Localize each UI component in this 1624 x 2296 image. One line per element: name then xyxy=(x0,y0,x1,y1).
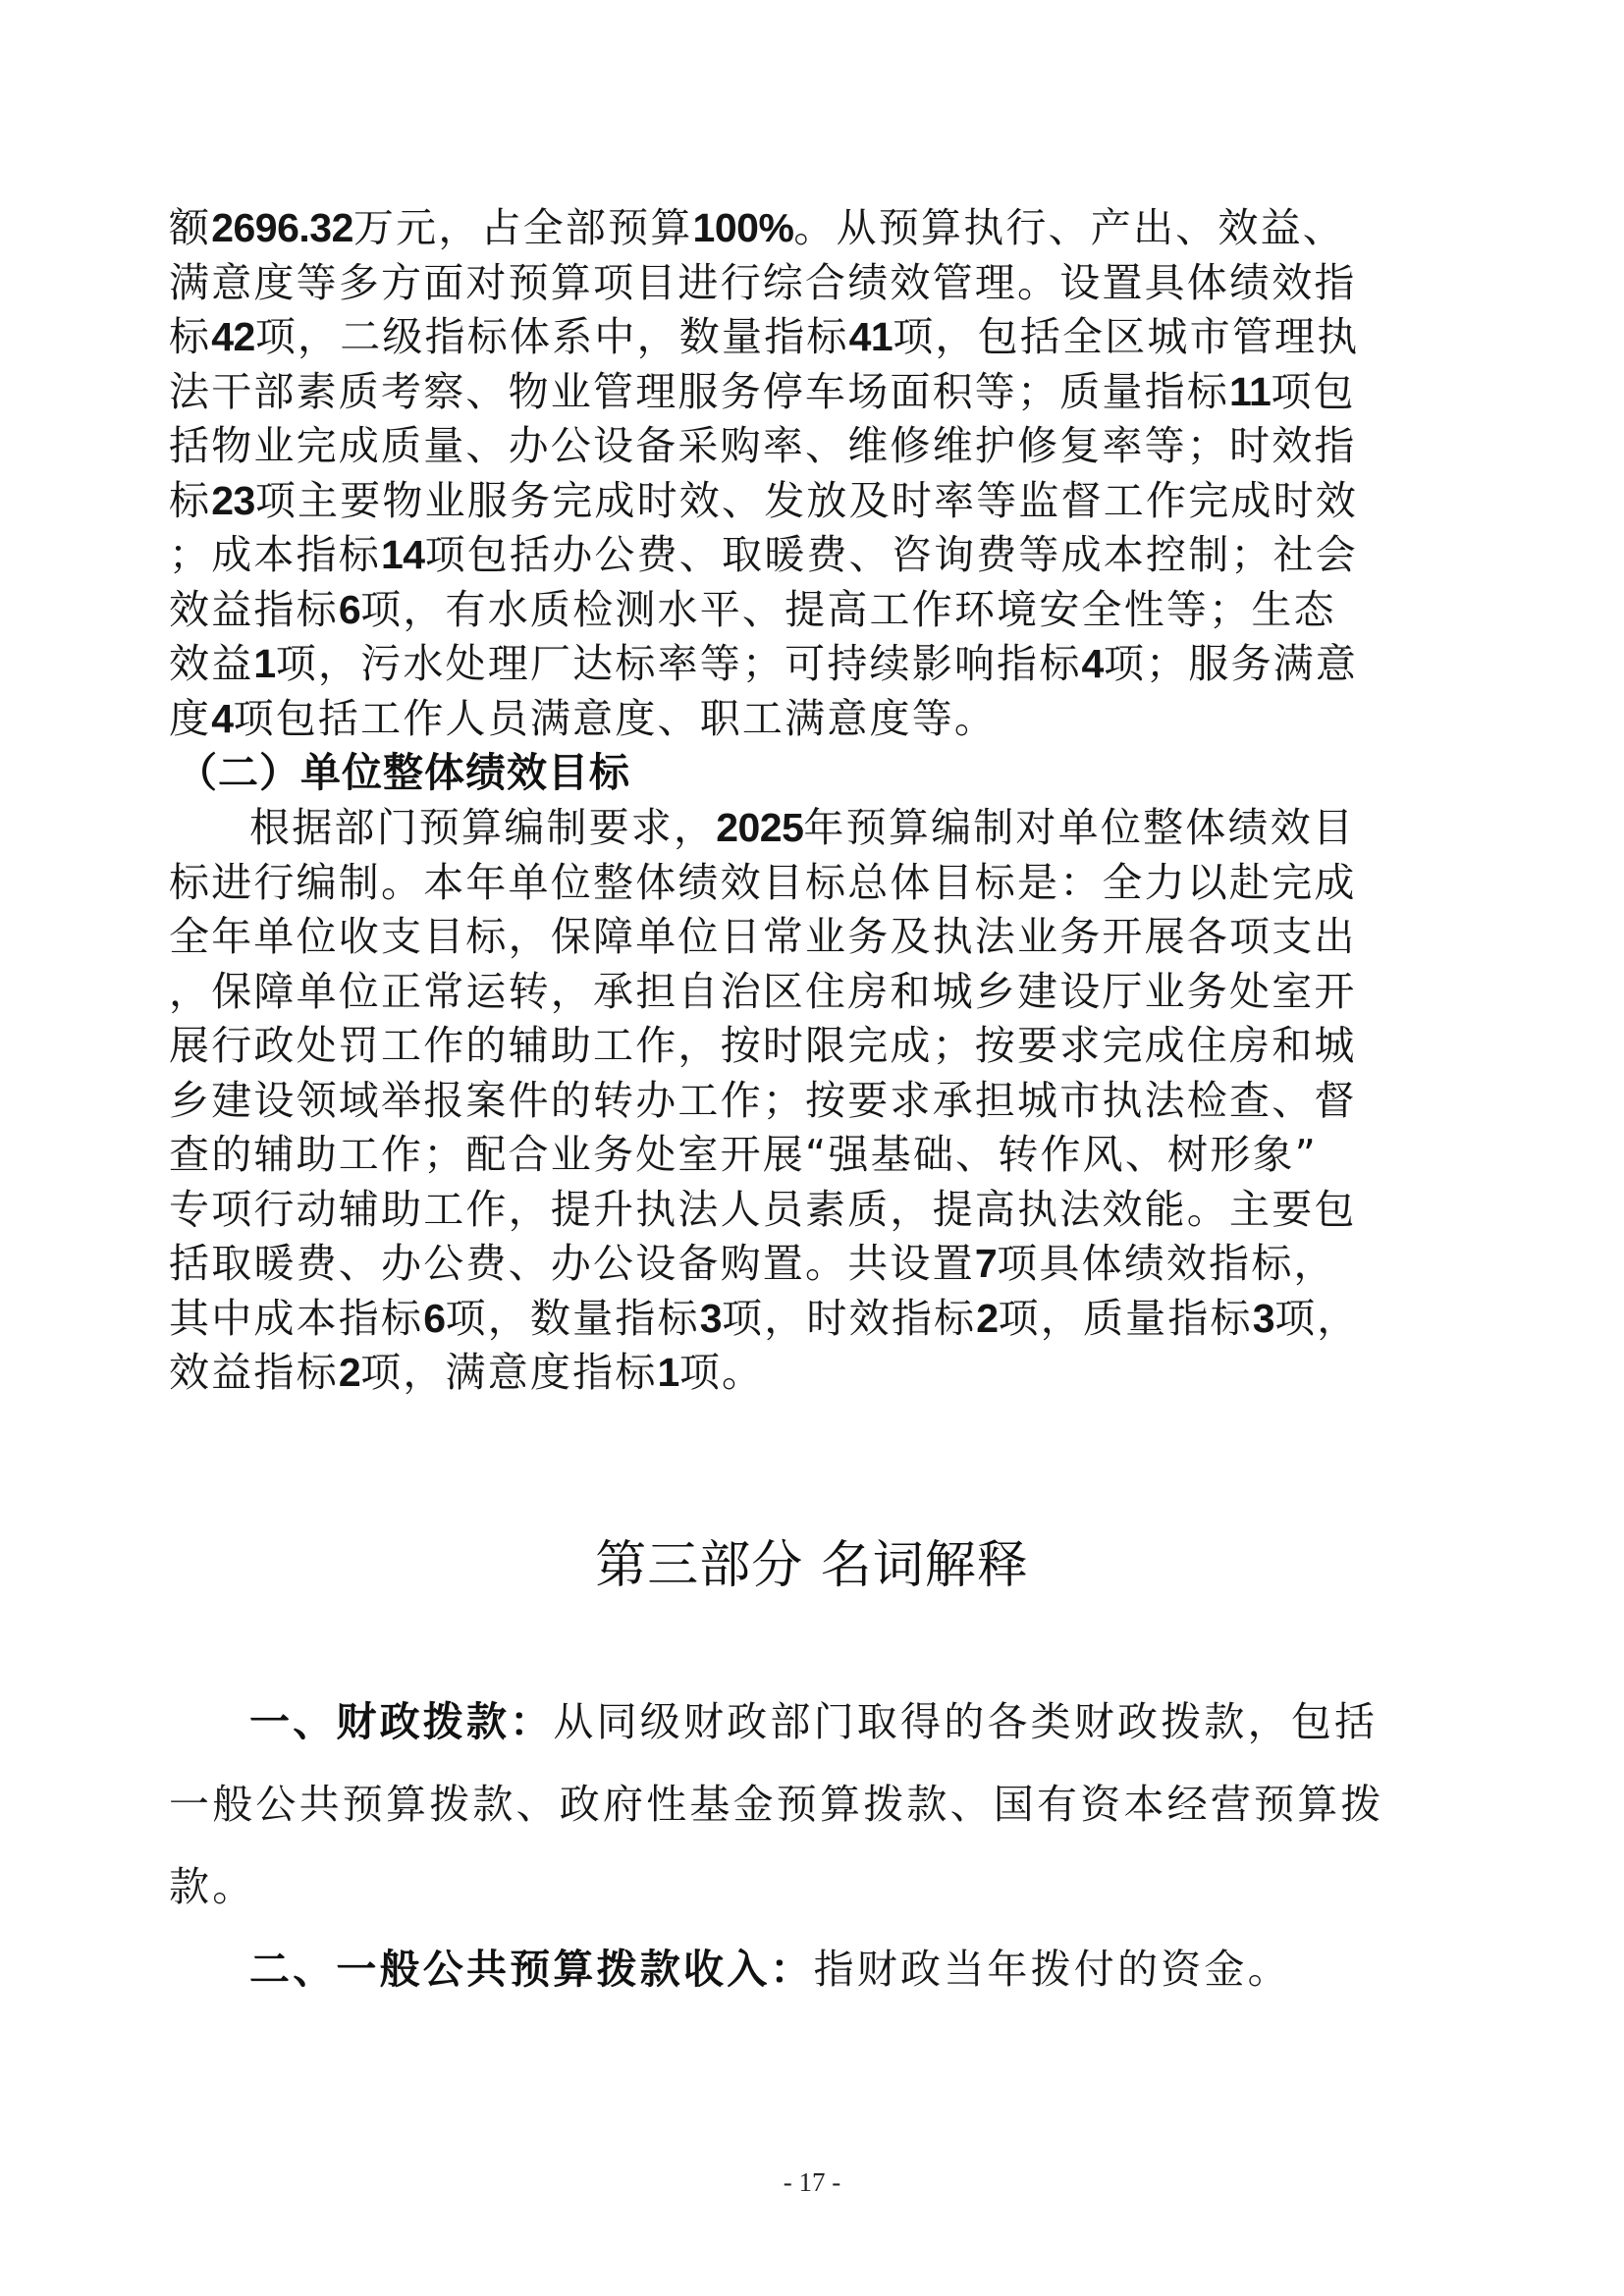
text-line: ，保障单位正常运转，承担自治区住房和城乡建设厅业务处室开 xyxy=(169,965,1445,1020)
text-line: 标23项主要物业服务完成时效、发放及时率等监督工作完成时效 xyxy=(169,474,1445,529)
text-line: 二、一般公共预算拨款收入：指财政当年拨付的资金。 xyxy=(169,1928,1465,2010)
text-line: 一般公共预算拨款、政府性基金预算拨款、国有资本经营预算拨 xyxy=(169,1763,1465,1845)
text-line: 乡建设领域举报案件的转办工作；按要求承担城市执法检查、督 xyxy=(169,1074,1445,1129)
text-line: 标42项，二级指标体系中，数量指标41项，包括全区城市管理执 xyxy=(169,310,1445,365)
text-line: 括取暖费、办公费、办公设备购置。共设置7项具体绩效指标， xyxy=(169,1237,1445,1292)
definition-general-public-budget-income: 二、一般公共预算拨款收入：指财政当年拨付的资金。 xyxy=(169,1928,1465,2010)
subheading-unit-goals-block: （二）单位整体绩效目标 xyxy=(169,746,1445,801)
project-performance-paragraph: 额2696.32万元，占全部预算100%。从预算执行、产出、效益、 满意度等多方… xyxy=(169,201,1445,746)
unit-performance-paragraph: 根据部门预算编制要求，2025年预算编制对单位整体绩效目 标进行编制。本年单位整… xyxy=(169,801,1445,1401)
page-number: - 17 - xyxy=(0,2167,1624,2198)
definition-term: 二、一般公共预算拨款收入： xyxy=(249,1946,814,1993)
text-line: 效益1项，污水处理厂达标率等；可持续影响指标4项；服务满意 xyxy=(169,637,1445,692)
section-title: 第三部分 名词解释 xyxy=(0,1531,1624,1600)
text-line: 满意度等多方面对预算项目进行综合绩效管理。设置具体绩效指 xyxy=(169,256,1445,311)
text-line: 款。 xyxy=(169,1845,1465,1928)
text-line: 度4项包括工作人员满意度、职工满意度等。 xyxy=(169,692,1445,747)
definition-financial-appropriation: 一、财政拨款：从同级财政部门取得的各类财政拨款，包括 一般公共预算拨款、政府性基… xyxy=(169,1681,1465,1928)
text-line: 展行政处罚工作的辅助工作，按时限完成；按要求完成住房和城 xyxy=(169,1019,1445,1074)
subheading-unit-goals: （二）单位整体绩效目标 xyxy=(177,746,1445,801)
text-line: 专项行动辅助工作，提升执法人员素质，提高执法效能。主要包 xyxy=(169,1183,1445,1238)
text-line: 效益指标2项，满意度指标1项。 xyxy=(169,1346,1445,1401)
text-line: 括物业完成质量、办公设备采购率、维修维护修复率等；时效指 xyxy=(169,419,1445,474)
text-line: 效益指标6项，有水质检测水平、提高工作环境安全性等；生态 xyxy=(169,583,1445,638)
text-line: 全年单位收支目标，保障单位日常业务及执法业务开展各项支出 xyxy=(169,910,1445,965)
text-line: 根据部门预算编制要求，2025年预算编制对单位整体绩效目 xyxy=(169,801,1445,856)
text-line: 法干部素质考察、物业管理服务停车场面积等；质量指标11项包 xyxy=(169,365,1445,420)
text-line: 一、财政拨款：从同级财政部门取得的各类财政拨款，包括 xyxy=(169,1681,1465,1763)
text-line: 额2696.32万元，占全部预算100%。从预算执行、产出、效益、 xyxy=(169,201,1445,256)
document-page: 额2696.32万元，占全部预算100%。从预算执行、产出、效益、 满意度等多方… xyxy=(0,0,1624,2296)
definition-term: 一、财政拨款： xyxy=(249,1698,553,1745)
text-line: 其中成本指标6项，数量指标3项，时效指标2项，质量指标3项， xyxy=(169,1292,1445,1347)
text-line: ；成本指标14项包括办公费、取暖费、咨询费等成本控制；社会 xyxy=(169,528,1445,583)
text-line: 标进行编制。本年单位整体绩效目标总体目标是：全力以赴完成 xyxy=(169,856,1445,911)
text-line: 查的辅助工作；配合业务处室开展“强基础、转作风、树形象” xyxy=(169,1128,1445,1183)
